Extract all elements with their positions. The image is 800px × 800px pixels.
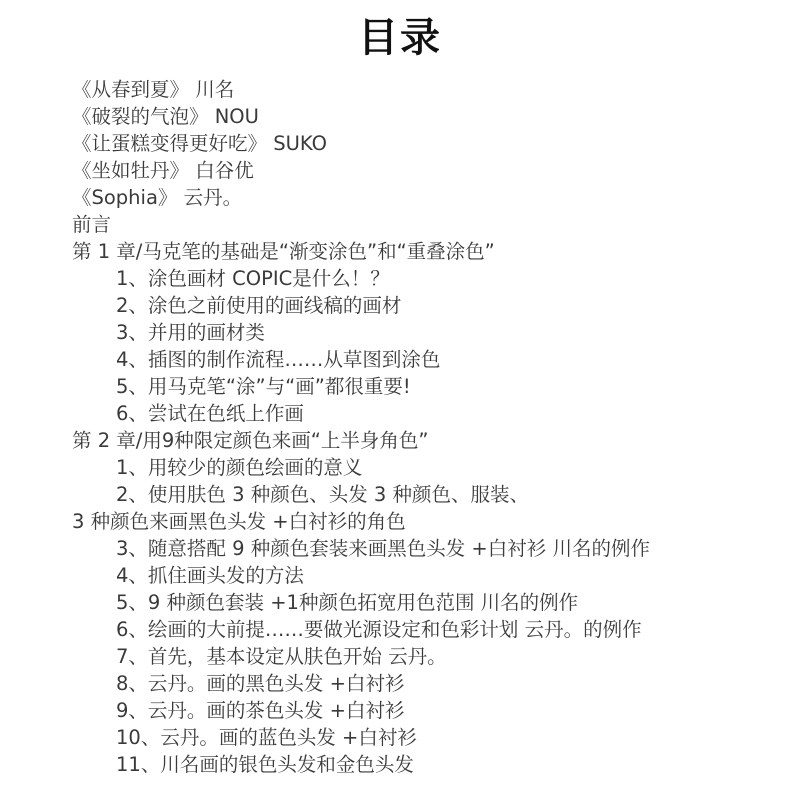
toc-section: 3、并用的画材类 bbox=[72, 319, 792, 346]
toc-section: 8、云丹。画的黑色头发 +白衬衫 bbox=[72, 670, 792, 697]
toc-section: 10、云丹。画的蓝色头发 +白衬衫 bbox=[72, 724, 792, 751]
table-of-contents: 《从春到夏》 川名 《破裂的气泡》 NOU 《让蛋糕变得更好吃》 SUKO 《坐… bbox=[72, 76, 792, 778]
toc-chapter-2: 第 2 章/用9种限定颜色来画“上半身角色” bbox=[72, 427, 792, 454]
toc-section-continuation: 3 种颜色来画黑色头发 +白衬衫的角色 bbox=[72, 508, 792, 535]
toc-section: 9、云丹。画的茶色头发 +白衬衫 bbox=[72, 697, 792, 724]
toc-item-foreword: 前言 bbox=[72, 211, 792, 238]
toc-section: 3、随意搭配 9 种颜色套装来画黑色头发 +白衬衫 川名的例作 bbox=[72, 535, 792, 562]
toc-section: 4、抓住画头发的方法 bbox=[72, 562, 792, 589]
toc-section: 4、插图的制作流程……从草图到涂色 bbox=[72, 346, 792, 373]
toc-section: 1、涂色画材 COPIC是什么！？ bbox=[72, 265, 792, 292]
toc-section: 5、9 种颜色套装 +1种颜色拓宽用色范围 川名的例作 bbox=[72, 589, 792, 616]
toc-section: 5、用马克笔“涂”与“画”都很重要! bbox=[72, 373, 792, 400]
page-title: 目录 bbox=[0, 10, 800, 66]
toc-section: 2、涂色之前使用的画线稿的画材 bbox=[72, 292, 792, 319]
toc-item-preface-5: 《Sophia》 云丹。 bbox=[72, 184, 792, 211]
toc-section: 1、用较少的颜色绘画的意义 bbox=[72, 454, 792, 481]
toc-section: 6、绘画的大前提……要做光源设定和色彩计划 云丹。的例作 bbox=[72, 616, 792, 643]
toc-item-preface-3: 《让蛋糕变得更好吃》 SUKO bbox=[72, 130, 792, 157]
toc-section: 2、使用肤色 3 种颜色、头发 3 种颜色、服装、 bbox=[72, 481, 792, 508]
toc-section: 11、川名画的银色头发和金色头发 bbox=[72, 751, 792, 778]
toc-item-preface-1: 《从春到夏》 川名 bbox=[72, 76, 792, 103]
toc-section: 6、尝试在色纸上作画 bbox=[72, 400, 792, 427]
toc-item-preface-2: 《破裂的气泡》 NOU bbox=[72, 103, 792, 130]
toc-chapter-1: 第 1 章/马克笔的基础是“渐变涂色”和“重叠涂色” bbox=[72, 238, 792, 265]
toc-section: 7、首先，基本设定从肤色开始 云丹。 bbox=[72, 643, 792, 670]
toc-item-preface-4: 《坐如牡丹》 白谷优 bbox=[72, 157, 792, 184]
